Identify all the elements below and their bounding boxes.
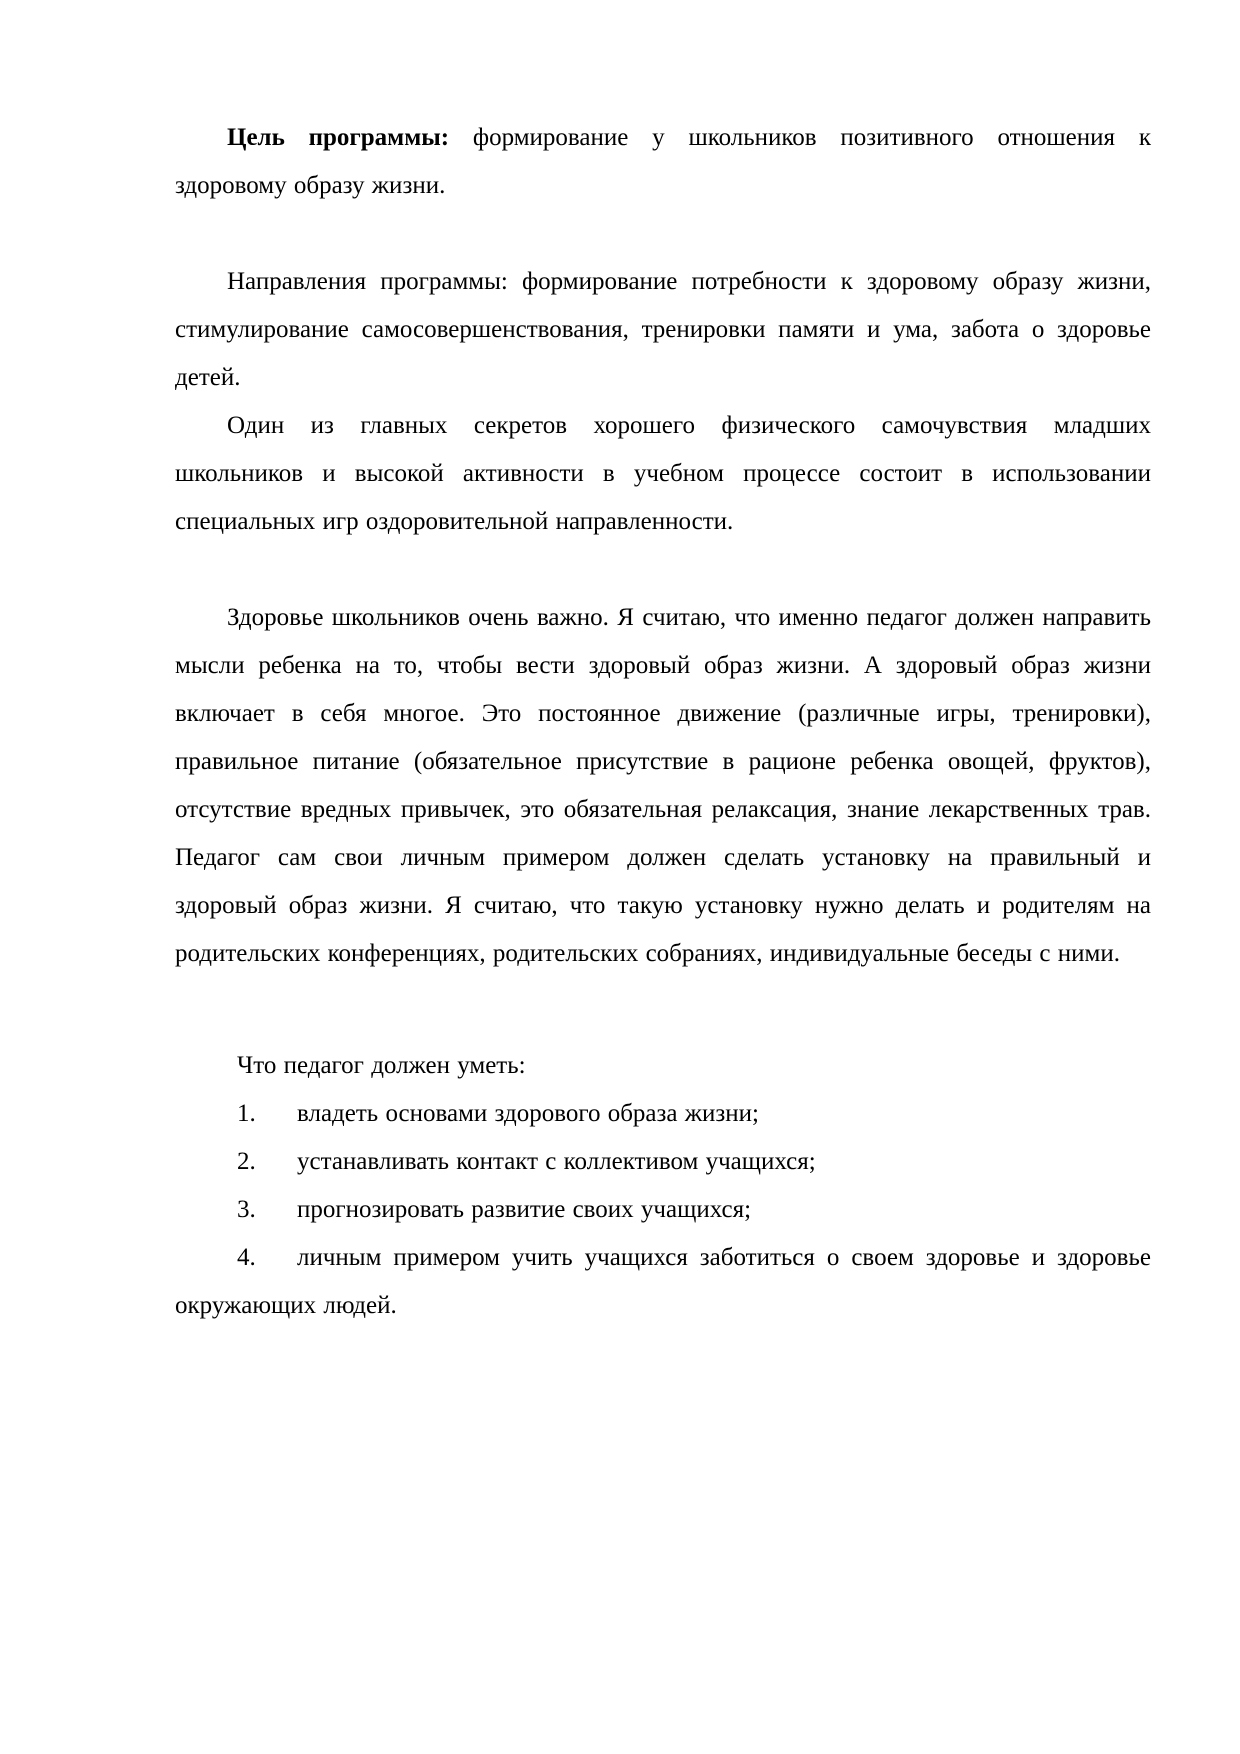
list-item: 4.личным примером учить учащихся заботит… (175, 1234, 1151, 1330)
list-item: 1.владеть основами здорового образа жизн… (175, 1090, 1151, 1138)
list-item-text: устанавливать контакт с коллективом учащ… (297, 1148, 816, 1175)
list-item: 2.устанавливать контакт с коллективом уч… (175, 1138, 1151, 1186)
paragraph: Один из главных секретов хорошего физиче… (175, 402, 1151, 546)
paragraph-text: Один из главных секретов хорошего физиче… (175, 412, 1151, 535)
list-item-number: 3. (237, 1186, 297, 1234)
paragraph-spacer (175, 546, 1151, 594)
paragraph: Направления программы: формирование потр… (175, 258, 1151, 402)
paragraph-text: Направления программы: формирование потр… (175, 268, 1151, 391)
document-page: Цель программы: формирование у школьнико… (0, 0, 1240, 1754)
paragraph-lead-bold: Цель программы: (227, 124, 449, 151)
list-item-number: 1. (237, 1090, 297, 1138)
list-item: 3.прогнозировать развитие своих учащихся… (175, 1186, 1151, 1234)
paragraph-text: Здоровье школьников очень важно. Я счита… (175, 604, 1151, 967)
section-heading-text: Что педагог должен уметь: (237, 1052, 526, 1079)
section-heading: Что педагог должен уметь: (175, 1042, 1151, 1090)
document-body: Цель программы: формирование у школьнико… (175, 114, 1151, 1330)
list-item-text: владеть основами здорового образа жизни; (297, 1100, 759, 1127)
paragraph: Цель программы: формирование у школьнико… (175, 114, 1151, 210)
paragraph-spacer (175, 978, 1151, 1042)
list-item-number: 4. (237, 1234, 297, 1282)
paragraph: Здоровье школьников очень важно. Я счита… (175, 594, 1151, 978)
list-item-text: личным примером учить учащихся заботитьс… (175, 1244, 1151, 1319)
list-item-text: прогнозировать развитие своих учащихся; (297, 1196, 751, 1223)
list-item-number: 2. (237, 1138, 297, 1186)
paragraph-spacer (175, 210, 1151, 258)
